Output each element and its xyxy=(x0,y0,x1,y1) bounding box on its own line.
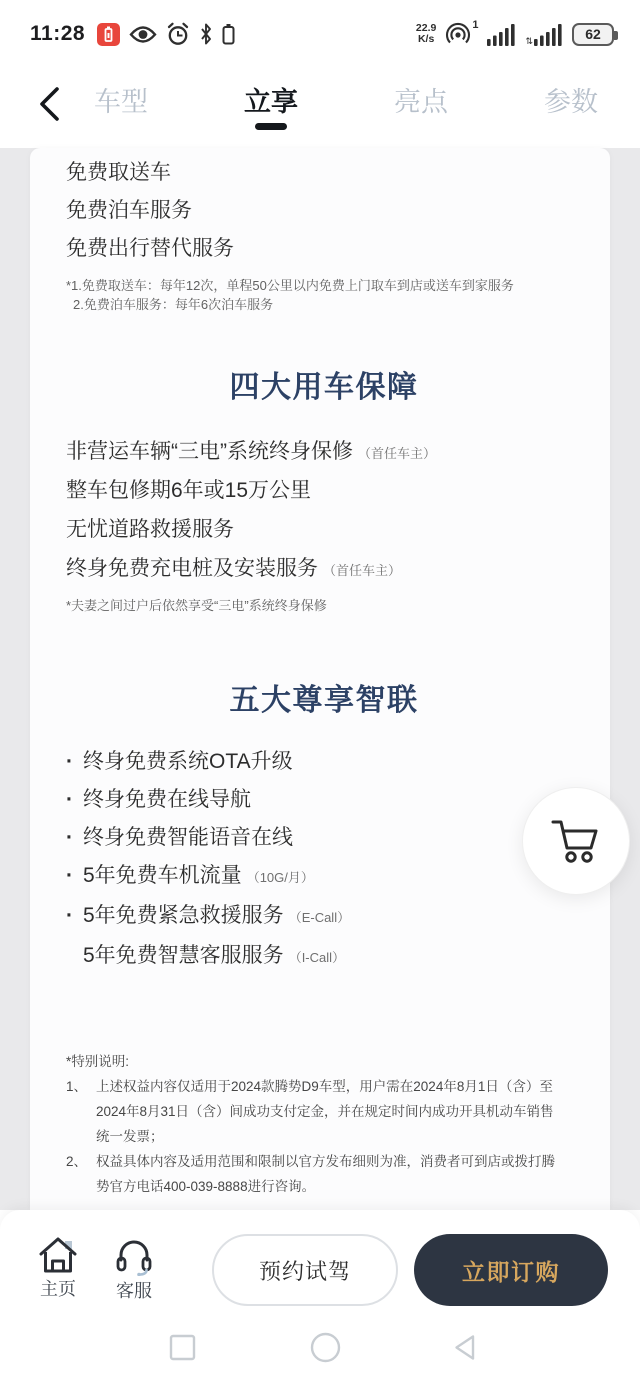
small-battery-icon xyxy=(222,23,235,45)
low-battery-alert-icon xyxy=(97,23,120,46)
home-button[interactable]: 主页 xyxy=(32,1236,84,1299)
tab-benefits[interactable]: 立享 xyxy=(244,87,298,148)
bullet: · xyxy=(66,827,83,849)
book-test-drive-button[interactable]: 预约试驾 xyxy=(212,1234,398,1306)
eye-icon xyxy=(129,24,157,45)
bluetooth-icon xyxy=(199,23,213,45)
customer-service-button[interactable]: 客服 xyxy=(108,1236,160,1301)
smart-item: ·终身免费智能语音在线 xyxy=(66,827,582,849)
benefits-footnotes: *1.免费取送车：每年12次，单程50公里以内免费上门取车到店或送车到家服务 2… xyxy=(66,276,582,314)
smart-item: ·终身免费系统OTA升级 xyxy=(66,751,582,773)
customer-service-label: 客服 xyxy=(116,1281,152,1301)
benefit-item: 免费取送车 xyxy=(66,162,582,184)
alarm-icon xyxy=(166,22,190,46)
guarantee-list: 非营运车辆“三电”系统终身保修（首任车主） 整车包修期6年或15万公里 无忧道路… xyxy=(66,440,582,582)
home-label: 主页 xyxy=(40,1279,76,1299)
signal-bars-icon xyxy=(487,23,516,46)
headset-icon xyxy=(114,1236,154,1276)
footnote-line: 2.免费泊车服务：每年6次泊车服务 xyxy=(66,295,582,314)
tab-bar: 车型 立享 亮点 参数 xyxy=(94,60,598,148)
benefits-card: 免费取送车 免费泊车服务 免费出行替代服务 *1.免费取送车：每年12次，单程5… xyxy=(30,148,610,1210)
back-icon[interactable] xyxy=(36,86,62,122)
tab-underline xyxy=(405,123,437,130)
guarantee-item: 整车包修期6年或15万公里 xyxy=(66,479,582,504)
cart-fab-button[interactable] xyxy=(522,787,630,895)
android-back-button[interactable] xyxy=(453,1334,477,1361)
smart-item: ·5年免费紧急救援服务（E-Call） xyxy=(66,905,582,929)
android-recents-button[interactable] xyxy=(169,1334,196,1361)
signal-bars-sim2-icon: ⇅ xyxy=(525,23,563,46)
bullet: · xyxy=(66,789,83,811)
battery-percent: 62 xyxy=(585,26,601,42)
guarantee-item: 非营运车辆“三电”系统终身保修（首任车主） xyxy=(66,440,582,465)
item-note: （I-Call） xyxy=(289,947,345,969)
special-note-item: 1、 上述权益内容仅适用于2024款腾势D9车型，用户需在2024年8月1日（含… xyxy=(66,1074,562,1149)
smart-item: ·5年免费车机流量（10G/月） xyxy=(66,865,582,889)
active-tab-underline xyxy=(255,123,287,130)
tab-underline xyxy=(555,123,587,130)
smart-item: ·终身免费在线导航 xyxy=(66,789,582,811)
battery-level-icon: 62 xyxy=(572,23,614,46)
benefit-item: 免费泊车服务 xyxy=(66,200,582,222)
tab-models[interactable]: 车型 xyxy=(94,87,148,148)
item-note: （E-Call） xyxy=(289,907,350,929)
item-note: （首任车主） xyxy=(323,563,401,578)
status-bar: 11:28 22.9 K/s 1 ⇅ xyxy=(0,0,640,60)
special-note-item: 2、 权益具体内容及适用范围和限制以官方发布细则为准，消费者可到店或拨打腾势官方… xyxy=(66,1149,562,1199)
special-notes-title: *特别说明: xyxy=(66,1049,562,1074)
item-note: （10G/月） xyxy=(247,867,314,889)
special-notes: *特别说明: 1、 上述权益内容仅适用于2024款腾势D9车型，用户需在2024… xyxy=(66,1049,562,1199)
scroll-content[interactable]: 免费取送车 免费泊车服务 免费出行替代服务 *1.免费取送车：每年12次，单程5… xyxy=(0,148,640,1210)
smart-item: 5年免费智慧客服服务（I-Call） xyxy=(66,945,582,969)
benefit-item: 免费出行替代服务 xyxy=(66,238,582,260)
bullet: · xyxy=(66,865,83,887)
smart-section-title: 五大尊享智联 xyxy=(66,683,582,719)
tab-underline xyxy=(105,123,137,130)
bottom-bar: 主页 客服 预约试驾 立即订购 xyxy=(0,1210,640,1381)
network-speed: 22.9 K/s xyxy=(416,23,436,45)
hotspot-count: 1 xyxy=(472,19,478,31)
order-now-button[interactable]: 立即订购 xyxy=(414,1234,608,1306)
bullet: · xyxy=(66,751,83,773)
hotspot-icon: 1 xyxy=(445,21,478,47)
footnote-line: *1.免费取送车：每年12次，单程50公里以内免费上门取车到店或送车到家服务 xyxy=(66,276,582,295)
guarantee-item: 终身免费充电桩及安装服务（首任车主） xyxy=(66,557,582,582)
nav-bar: 车型 立享 亮点 参数 xyxy=(0,60,640,148)
guarantee-footnote: *夫妻之间过户后依然享受“三电”系统终身保修 xyxy=(66,596,582,615)
home-icon xyxy=(37,1236,79,1274)
cart-icon xyxy=(549,817,603,865)
tab-specs[interactable]: 参数 xyxy=(544,87,598,148)
clock-time: 11:28 xyxy=(30,22,85,46)
item-note: （首任车主） xyxy=(358,446,436,461)
android-home-button[interactable] xyxy=(310,1332,341,1363)
guarantee-item: 无忧道路救援服务 xyxy=(66,518,582,543)
smart-list: ·终身免费系统OTA升级 ·终身免费在线导航 ·终身免费智能语音在线 ·5年免费… xyxy=(66,751,582,969)
tab-highlights[interactable]: 亮点 xyxy=(394,87,448,148)
guarantee-section-title: 四大用车保障 xyxy=(66,370,582,406)
bullet: · xyxy=(66,905,83,927)
